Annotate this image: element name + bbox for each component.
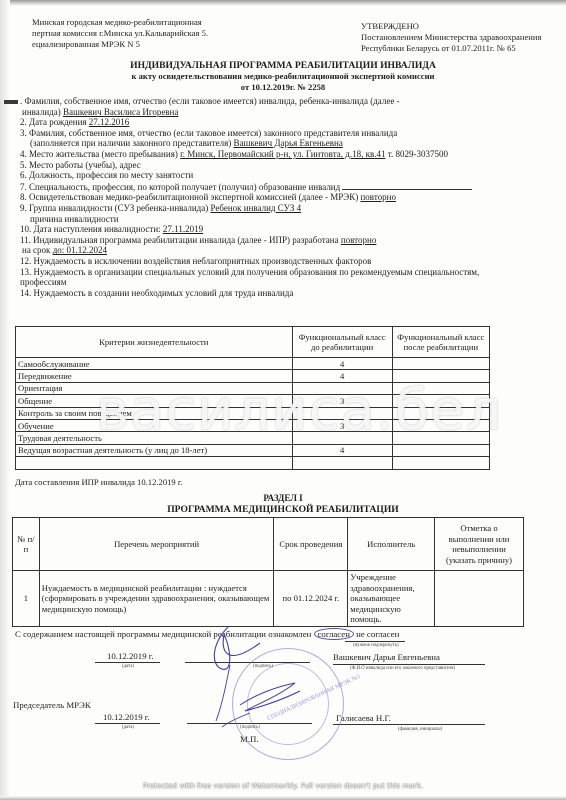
table-row	[16, 457, 490, 469]
scan-edge-top	[0, 0, 566, 6]
row-term: по 01.12.2024 г.	[274, 571, 348, 627]
item-10: 10. Дата наступления инвалидности: 27.11…	[20, 224, 479, 235]
item-5: 5. Место работы (учебы), адрес	[20, 160, 479, 171]
class-after-cell	[392, 457, 489, 469]
item-3: 3. Фамилия, собственное имя, отчество (е…	[20, 128, 479, 139]
patient-name: Вашкевич Василиса Игоревна	[63, 107, 178, 117]
criterion-cell: Самообслуживание	[16, 358, 293, 370]
ack-date-line	[95, 662, 160, 663]
birth-date: 27.12.2016	[89, 117, 130, 127]
watermark-site: василиса.бел	[96, 378, 502, 443]
scan-mark	[4, 100, 18, 104]
table-header-row: № п/п Перечень мероприятий Срок проведен…	[13, 518, 524, 571]
commission-header: Минская городская медико-реабилитационна…	[32, 17, 208, 50]
item-11-cont: на срок до: 01.12.2024	[20, 245, 479, 256]
table-header-row: Критерии жизнедеятельности Функциональны…	[16, 327, 490, 358]
item-3-label: 3. Фамилия, собственное имя, отчество (е…	[20, 128, 397, 138]
item-11-label: 11. Индивидуальная программа реабилитаци…	[20, 235, 341, 245]
item-2: 2. Дата рождения 27.12.2016	[20, 117, 479, 128]
watermark-footer: Protected with free version of Watermark…	[0, 781, 566, 790]
item-14: 14. Нуждаемость в создании необходимых у…	[20, 288, 479, 299]
document-subtitle: к акту освидетельствования медико-реабил…	[0, 71, 566, 81]
table-row: Ведущая возрастная деятельность (у лиц д…	[16, 444, 490, 456]
header-criteria: Критерии жизнедеятельности	[16, 327, 293, 358]
class-before-cell	[292, 457, 392, 469]
scan-edge-bottom	[0, 796, 566, 800]
header-before: Функциональный класс до реабилитации	[292, 327, 392, 358]
item-3-cont: (заполняется при наличии законного предс…	[20, 138, 479, 149]
commission-unit-line: ециализированная МРЭК N 5	[32, 39, 208, 50]
item-10-label: 10. Дата наступления инвалидности:	[20, 224, 163, 234]
class-after-cell	[392, 358, 489, 370]
item-9-cont: причина инвалидности	[20, 214, 479, 225]
ack-name-note: (Ф.И.О инвалида или его законного предст…	[350, 666, 455, 671]
chairman-name-line	[333, 724, 485, 725]
ipr-compilation-date: Дата составления ИПР инвалида 10.12.2019…	[15, 477, 183, 487]
row-completion-mark	[435, 571, 524, 627]
item-7-label: 7. Специальность, профессия, по которой …	[20, 182, 342, 192]
row-number: 1	[13, 571, 40, 627]
item-1-label-cont: инвалида)	[22, 107, 63, 117]
personal-info-list: . Фамилия, собственное имя, отчество (ес…	[20, 96, 479, 298]
disability-group: Ребенок инвалид СУЗ 4	[211, 203, 302, 213]
underline-note: (нужное подчеркнуть)	[353, 643, 399, 648]
header-term: Срок проведения	[274, 518, 348, 571]
medical-rehab-table: № п/п Перечень мероприятий Срок проведен…	[12, 517, 524, 627]
item-11: 11. Индивидуальная программа реабилитаци…	[20, 235, 479, 246]
row-executor: Учреждение здравоохранения, оказывающее …	[348, 571, 435, 627]
item-9: 9. Группа инвалидности (СУЗ ребенка-инва…	[20, 203, 479, 214]
chairman-date-note: (дата)	[122, 725, 134, 730]
chairman-name: Галисаева Н.Г.	[336, 713, 391, 723]
chairman-date: 10.12.2019 г.	[103, 712, 150, 722]
commission-name-line: Минская городская медико-реабилитационна…	[32, 17, 208, 28]
section-title: ПРОГРАММА МЕДИЦИНСКОЙ РЕАБИЛИТАЦИИ	[0, 504, 566, 515]
item-6: 6. Должность, профессия по месту занятос…	[20, 170, 479, 181]
item-9-label: 9. Группа инвалидности (СУЗ ребенка-инва…	[20, 203, 211, 213]
class-before-cell: 4	[292, 444, 392, 456]
ipr-term: до: 01.12.2024	[53, 245, 107, 255]
item-1-cont: инвалида) Вашкевич Василиса Игоревна	[20, 107, 479, 118]
header-after: Функциональный класс после реабилитации	[392, 327, 489, 358]
chairman-date-line	[95, 723, 160, 724]
approved-label: УТВЕРЖДЕНО	[361, 21, 541, 32]
item-7: 7. Специальность, профессия, по которой …	[20, 181, 479, 193]
examination-type: повторно	[360, 192, 395, 202]
item-12: 12. Нуждаемость в исключении воздействия…	[20, 256, 479, 267]
class-after-cell	[392, 444, 489, 456]
chairman-title: Председатель МРЭК	[13, 700, 91, 710]
approval-date-line: Республики Беларусь от 01.07.2011г. № 65	[361, 43, 541, 54]
section-label: РАЗДЕЛ I	[0, 493, 566, 503]
representative-signer-name: Вашкевич Дарья Евгеньевна	[333, 652, 440, 662]
header-number: № п/п	[13, 518, 40, 571]
header-completion-mark: Отметка о выполнении или невыполнении (у…	[435, 518, 524, 571]
disagree-option: не согласен	[354, 629, 399, 639]
approval-decree-line: Постановлением Министерства здравоохране…	[361, 32, 541, 43]
phone-number: т. 8029-3037500	[385, 149, 448, 159]
item-8-label: 8. Освидетельствован медико-реабилитацио…	[20, 192, 360, 202]
disability-onset-date: 27.11.2019	[163, 224, 203, 234]
header-executor: Исполнитель	[348, 518, 435, 571]
scan-edge-left	[0, 0, 10, 800]
item-3-label-cont: (заполняется при наличии законного предс…	[30, 138, 233, 148]
ipr-development-type: повторно	[341, 235, 376, 245]
approval-header: УТВЕРЖДЕНО Постановлением Министерства з…	[361, 21, 541, 54]
representative-name: Вашкевич Дарья Евгеньевна	[233, 138, 342, 148]
header-measures: Перечень мероприятий	[39, 518, 274, 571]
item-13-cont: профессиям	[20, 277, 479, 288]
class-before-cell: 4	[292, 358, 392, 370]
item-2-label: 2. Дата рождения	[20, 117, 89, 127]
ack-name-line	[333, 664, 485, 665]
table-row: 1 Нуждаемость в медицинской реабилитации…	[13, 571, 524, 627]
item-4-label: 4. Место жительства (место пребывания)	[20, 149, 180, 159]
item-1: . Фамилия, собственное имя, отчество (ес…	[20, 96, 479, 107]
handwritten-signatures	[200, 625, 320, 735]
specialty-blank	[342, 181, 472, 190]
criterion-cell	[16, 457, 293, 469]
row-measure: Нуждаемость в медицинской реабилитации :…	[39, 571, 274, 627]
ack-date: 10.12.2019 г.	[107, 651, 154, 661]
item-8: 8. Освидетельствован медико-реабилитацио…	[20, 192, 479, 203]
criterion-cell: Ведущая возрастная деятельность (у лиц д…	[16, 444, 293, 456]
commission-address-line: пертная комиссия г.Минска ул.Кальварийск…	[32, 28, 208, 39]
residence-address: г. Минск, Первомайский р-н, ул. Гинтовта…	[180, 149, 385, 159]
item-1-label: . Фамилия, собственное имя, отчество (ес…	[20, 96, 400, 106]
chairman-name-note: (фамилия, инициалы)	[398, 727, 442, 732]
item-11-term-label: на срок	[22, 245, 53, 255]
item-13: 13. Нуждаемость в организации специальны…	[20, 267, 479, 278]
ack-date-note: (дата)	[122, 664, 134, 669]
item-4: 4. Место жительства (место пребывания) г…	[20, 149, 479, 160]
document-title: ИНДИВИДУАЛЬНАЯ ПРОГРАММА РЕАБИЛИТАЦИИ ИН…	[0, 60, 566, 71]
table-row: Самообслуживание4	[16, 358, 490, 370]
agree-underline	[345, 641, 405, 642]
act-number: от 10.12.2019г. № 2258	[0, 82, 566, 92]
